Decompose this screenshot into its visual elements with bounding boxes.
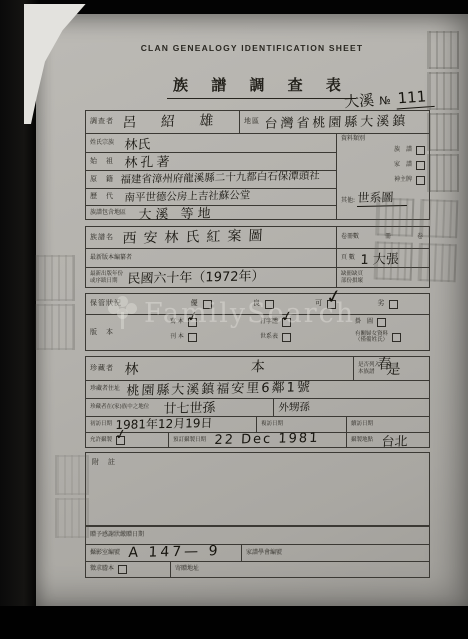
film-bottom-band <box>0 606 468 639</box>
era-value: 南平世德公房上吉社蘇公堂 <box>124 187 251 205</box>
identity-left-rows: 姓氏宗族 林氏 始 祖 林孔著 原 籍 福建省漳州府龍溪縣二十九都白石保潭頭社 <box>86 133 336 219</box>
ancestor-value: 林孔著 <box>124 151 173 171</box>
cond-opt-excellent-checkbox <box>203 300 212 309</box>
scanned-microfilm-frame: CLAN GENEALOGY IDENTIFICATION SHEET 族 譜 … <box>0 0 468 639</box>
origin-label: 原 籍 <box>90 176 114 184</box>
listed-label-line2: 本族譜 <box>358 369 380 375</box>
archive-seal-top-right <box>424 28 466 195</box>
missing-label-line2: 部份損壞 <box>341 278 363 284</box>
area-cell: 地區 台灣省桃園縣大溪鎮 <box>239 111 429 133</box>
coverage-value: 大溪 等地 <box>138 202 215 223</box>
surveyor-value: 呂 紹 雄 <box>122 110 224 132</box>
code-no-symbol: № <box>379 94 391 108</box>
clan-label: 姓氏宗族 <box>90 140 114 147</box>
ed-opt-chart: 掛 圖 <box>355 319 373 326</box>
studio-number-value: A 147— 9 <box>128 543 221 561</box>
chinese-title: 族 譜 調 查 表 <box>167 74 356 99</box>
condition-label: 保管狀況 <box>90 300 122 308</box>
second-visit-label: 複訪日期 <box>261 421 283 427</box>
pubdate-label-line1: 最新出版年份 <box>90 271 123 277</box>
surveyor-label: 調查者 <box>90 118 114 126</box>
ed-opt-women-data-checkbox <box>392 333 401 342</box>
cond-opt-fair-checkbox <box>327 300 336 309</box>
cond-opt-poor: 劣 <box>377 300 385 308</box>
ed-opt-manuscript-checkbox <box>188 318 197 327</box>
compiler-label: 最新版本編纂者 <box>90 255 132 262</box>
category-opt2-label: 家 譜 <box>394 162 412 169</box>
pubdate-label-line2: 或序跋日期 <box>90 278 123 284</box>
form-table-keeper: 珍藏者 林 本 春 是否列入 本族譜 是 珍藏者住址 桃園縣大溪鎮福安里6鄰1號 <box>85 356 430 448</box>
handwritten-code: 大溪 № 111 <box>343 85 435 112</box>
cond-opt-good: 良 <box>253 300 261 308</box>
request-copy-label: 徵求謄本 <box>90 566 114 573</box>
surveyor-cell: 調查者 呂 紹 雄 <box>86 111 239 133</box>
edition-label: 版 本 <box>90 329 114 337</box>
award-date-label: 贈予感謝狀繳贈日期 <box>90 532 144 539</box>
clan-value: 林氏 <box>124 133 151 153</box>
filming-place-value: 台北 <box>381 430 408 450</box>
mailing-address-label: 寄贈地址 <box>175 566 199 573</box>
category-opt3-label: 神主牌 <box>394 177 412 184</box>
era-label: 歷 代 <box>90 193 114 201</box>
ed-opt-manuscript: 寫 本 <box>170 319 184 326</box>
filming-place-label: 攝製地點 <box>351 437 373 443</box>
followup-visit-label: 續訪日期 <box>351 421 373 427</box>
ancestor-label: 始 祖 <box>90 158 114 166</box>
cond-opt-excellent: 優 <box>191 300 199 308</box>
listed-label-line1: 是否列入 <box>358 362 380 368</box>
area-value: 台灣省桃園縣大溪鎮 <box>264 109 409 131</box>
ed-opt-women-data-line2: （僅備姓氏） <box>355 337 388 343</box>
cond-opt-good-checkbox <box>265 300 274 309</box>
keeper-position-extra: 外甥孫 <box>278 399 310 415</box>
area-label: 地區 <box>244 118 260 126</box>
archive-seal-bottom-left <box>52 452 98 541</box>
first-visit-value: 1981年12月19日 <box>115 414 213 433</box>
english-title: CLAN GENEALOGY IDENTIFICATION SHEET <box>36 43 468 53</box>
pages-label: 頁 數 <box>341 255 355 262</box>
request-copy-checkbox <box>118 565 127 574</box>
cond-opt-fair: 可 <box>315 300 323 308</box>
ed-opt-printed-checkbox <box>188 333 197 342</box>
studio-number-label: 攝影室編號 <box>90 550 120 557</box>
category-title: 資料類別 <box>341 136 425 143</box>
genealogy-name-value: 西安林氏紅案圖 <box>122 224 270 247</box>
scheduled-filming-date-value: 22 Dec 1981 <box>214 430 320 447</box>
archive-seal-left <box>32 252 82 353</box>
ed-opt-pedigree-table: 世系表 <box>260 334 278 341</box>
ed-opt-chart-checkbox <box>377 318 386 327</box>
form-table-admin: 贈予感謝狀繳贈日期 攝影室編號 A 147— 9 家譜學會編號 徵求謄本 <box>85 526 430 578</box>
cond-opt-poor-checkbox <box>389 300 398 309</box>
pubdate-value: 民國六十年（1972年） <box>127 265 265 287</box>
ed-opt-typed-checkbox <box>282 318 291 327</box>
category-other-label: 其他: <box>341 198 355 205</box>
keeper-address-value: 桃園縣大溪鎮福安里6鄰1號 <box>126 376 312 399</box>
ed-opt-printed: 刊 本 <box>170 334 184 341</box>
archive-seal-mid-right <box>370 194 468 285</box>
genealogy-survey-sheet: CLAN GENEALOGY IDENTIFICATION SHEET 族 譜 … <box>36 14 468 606</box>
keeper-address-label: 珍藏者住址 <box>90 386 120 393</box>
first-visit-label: 初訪日期 <box>90 421 112 427</box>
volumes-label: 卷冊數 <box>341 234 359 241</box>
ed-opt-typed: 打字體 <box>260 319 278 326</box>
genealogy-name-label: 族譜名 <box>90 234 114 242</box>
code-prefix: 大溪 <box>344 91 375 111</box>
missing-label-line1: 缺冊缺頁 <box>341 271 363 277</box>
category-opt1-label: 族 譜 <box>394 147 412 154</box>
keeper-label: 珍藏者 <box>90 365 114 373</box>
form-table-condition: 保管狀況 優 良 可 劣 <box>85 293 430 351</box>
notes-box: 附 註 <box>85 452 430 526</box>
origin-value: 福建省漳州府龍溪縣二十九都白石保潭頭社 <box>120 168 320 187</box>
coverage-label: 族譜包含地區 <box>90 210 126 217</box>
listed-value: 是 <box>386 358 401 378</box>
ed-opt-pedigree-table-checkbox <box>282 333 291 342</box>
filming-permission-checkbox <box>116 436 125 445</box>
keeper-position-label: 珍藏者在(家)族中之地位 <box>90 404 149 410</box>
filming-permission-label: 允許攝製 <box>90 437 112 443</box>
scheduled-filming-date-label: 預訂攝製日期 <box>173 437 206 443</box>
society-number-label: 家譜學會編號 <box>246 550 282 557</box>
